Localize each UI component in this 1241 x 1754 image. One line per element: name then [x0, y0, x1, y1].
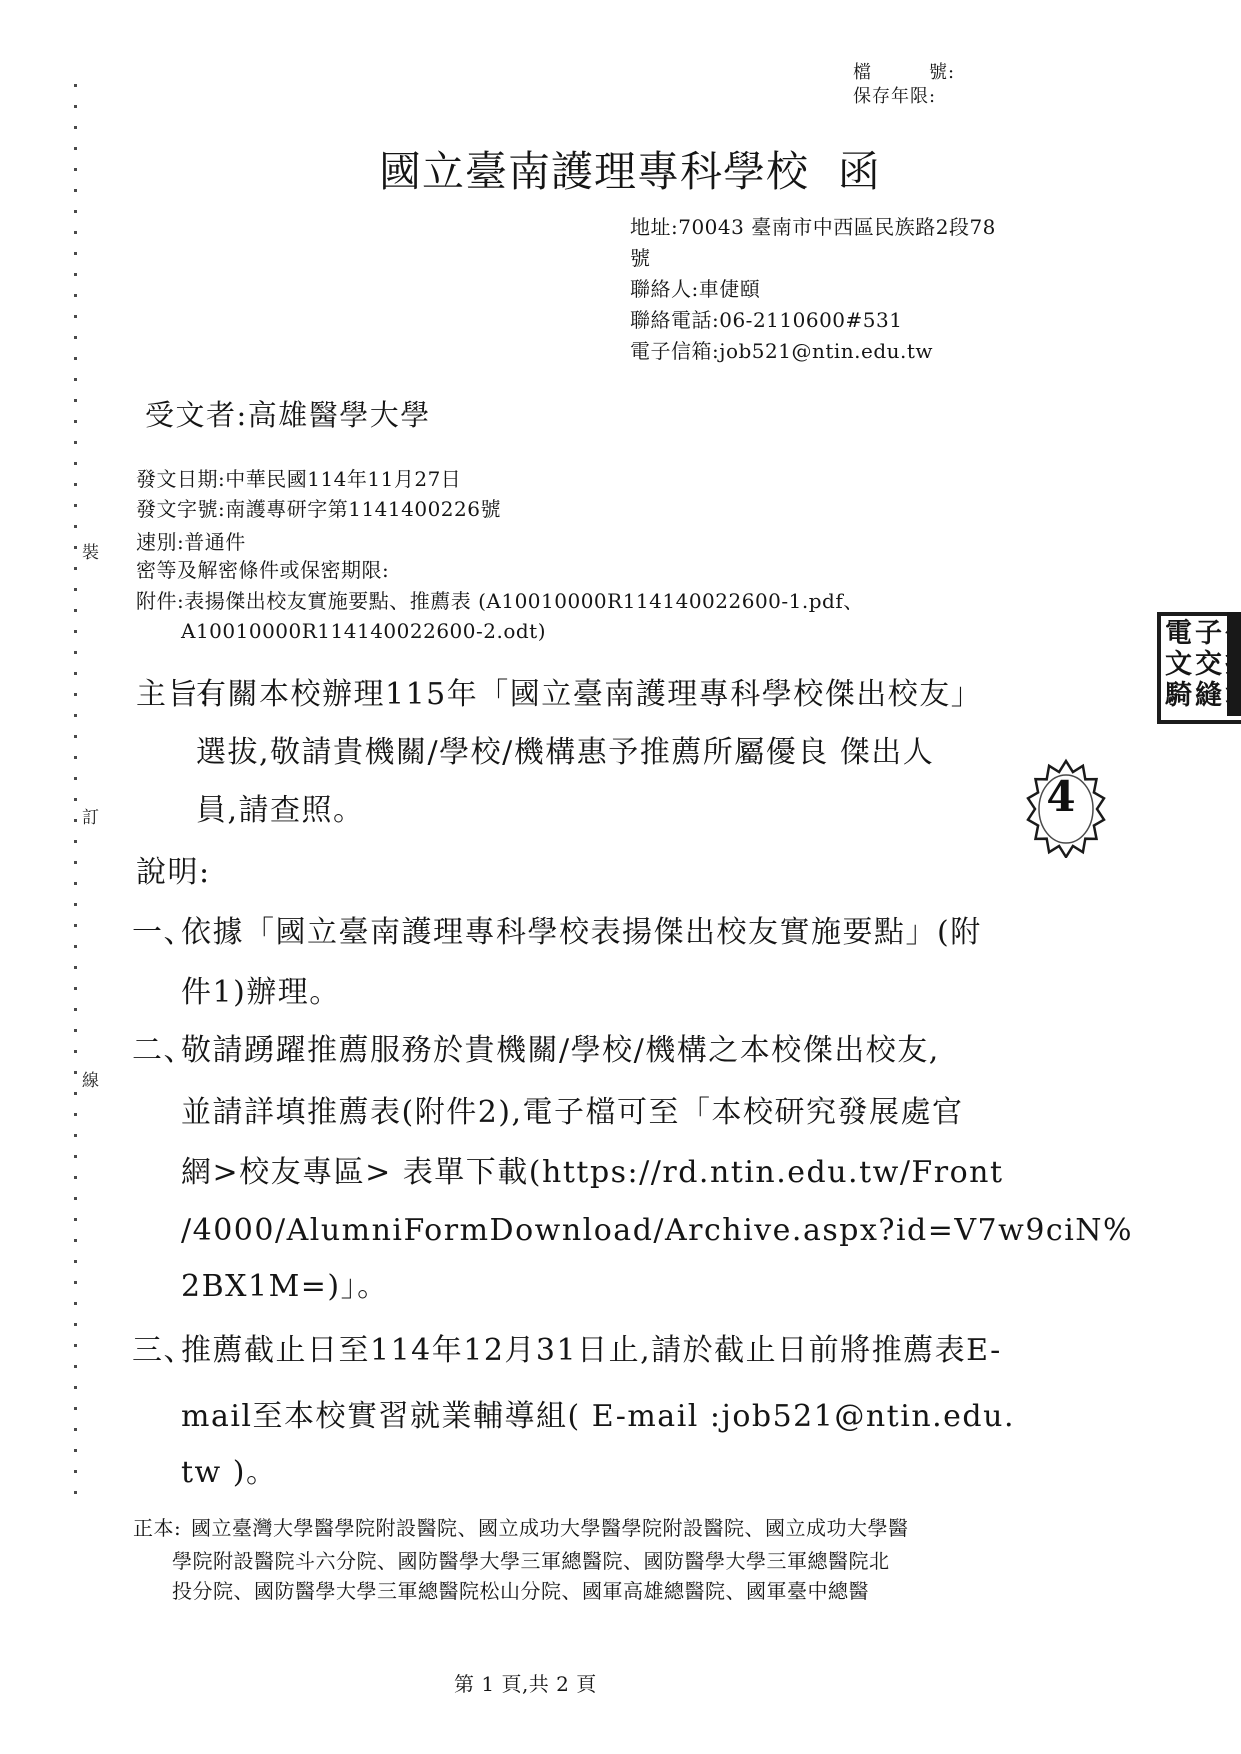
copy-to-line-2: 學院附設醫院斗六分院、國防醫學大學三軍總醫院、國防醫學大學三軍總醫院北: [172, 1550, 890, 1572]
sender-contact-person: 聯絡人:車倢頤: [630, 278, 760, 300]
copy-to-line-3: 投分院、國防醫學大學三軍總醫院松山分院、國軍高雄總醫院、國軍臺中總醫: [172, 1580, 869, 1602]
item-1-line-1: 依據「國立臺南護理專科學校表揚傑出校友實施要點」(附: [181, 916, 982, 950]
binding-dotted-line: [74, 84, 77, 1498]
speed-class: 速別:普通件: [136, 531, 246, 553]
binding-mark-xian: 線: [82, 1066, 99, 1091]
item-1-line-2: 件1)辦理。: [181, 976, 341, 1010]
copy-to-label: 正本:: [133, 1517, 181, 1539]
seal-page-number: 4: [1046, 772, 1075, 821]
subject-line-1: 有關本校辦理115年「國立臺南護理專科學校傑出校友」: [196, 678, 982, 712]
attachment-line-1: 附件:表揚傑出校友實施要點、推薦表 (A10010000R11414002260…: [136, 590, 864, 612]
item-3-line-2: mail至本校實習就業輔導組( E-mail :job521@ntin.edu.: [181, 1400, 1015, 1434]
item-2-line-2: 並請詳填推薦表(附件2),電子檔可至「本校研究發展處官: [181, 1096, 964, 1130]
subject-line-3: 員,請查照。: [196, 794, 365, 828]
item-2-line-3: 網>校友專區> 表單下載(https://rd.ntin.edu.tw/Fron…: [181, 1156, 1004, 1190]
sender-address-line-2: 號: [630, 247, 651, 269]
document-number: 發文字號:南護專研字第1141400226號: [136, 498, 501, 520]
document-page: 裝 訂 線 檔 號: 保存年限: 國立臺南護理專科學校 函 地址:70043 臺…: [0, 0, 1241, 1754]
item-2-line-4: /4000/AlumniFormDownload/Archive.aspx?id…: [181, 1214, 1133, 1248]
retention-period-label: 保存年限:: [853, 87, 936, 107]
sender-address-line-1: 地址:70043 臺南市中西區民族路2段78: [630, 216, 996, 238]
item-2-line-5: 2BX1M=)」。: [181, 1270, 389, 1304]
attachment-line-2: A10010000R114140022600-2.odt): [181, 620, 546, 642]
item-2-line-1: 敬請踴躍推薦服務於貴機關/學校/機構之本校傑出校友,: [181, 1034, 940, 1068]
copy-to-line-1: 國立臺灣大學醫學院附設醫院、國立成功大學醫學院附設醫院、國立成功大學醫: [191, 1517, 909, 1539]
flower-seal: 4: [1024, 756, 1108, 858]
item-3-line-3: tw )。: [181, 1456, 277, 1490]
recipient-line: 受文者:高雄醫學大學: [145, 399, 431, 431]
page-number-footer: 第 1 頁,共 2 頁: [454, 1673, 597, 1695]
subject-line-2: 選拔,敬請貴機關/學校/機構惠予推薦所屬優良 傑出人: [196, 736, 934, 770]
file-number-label: 檔 號:: [853, 63, 955, 83]
binding-mark-zhuang: 裝: [82, 538, 99, 563]
secrecy-class: 密等及解密條件或保密期限:: [136, 559, 389, 581]
item-3-line-1: 推薦截止日至114年12月31日止,請於截止日前將推薦表E-: [181, 1334, 1002, 1368]
page-title: 國立臺南護理專科學校 函: [379, 148, 881, 195]
binding-mark-ding: 訂: [82, 803, 99, 828]
sender-phone: 聯絡電話:06-2110600#531: [630, 309, 902, 331]
issue-date: 發文日期:中華民國114年11月27日: [136, 468, 461, 490]
stamp-edge-ink-block: [1227, 612, 1241, 716]
sender-email: 電子信箱:job521@ntin.edu.tw: [630, 340, 933, 362]
explanation-label: 說明:: [136, 856, 211, 890]
